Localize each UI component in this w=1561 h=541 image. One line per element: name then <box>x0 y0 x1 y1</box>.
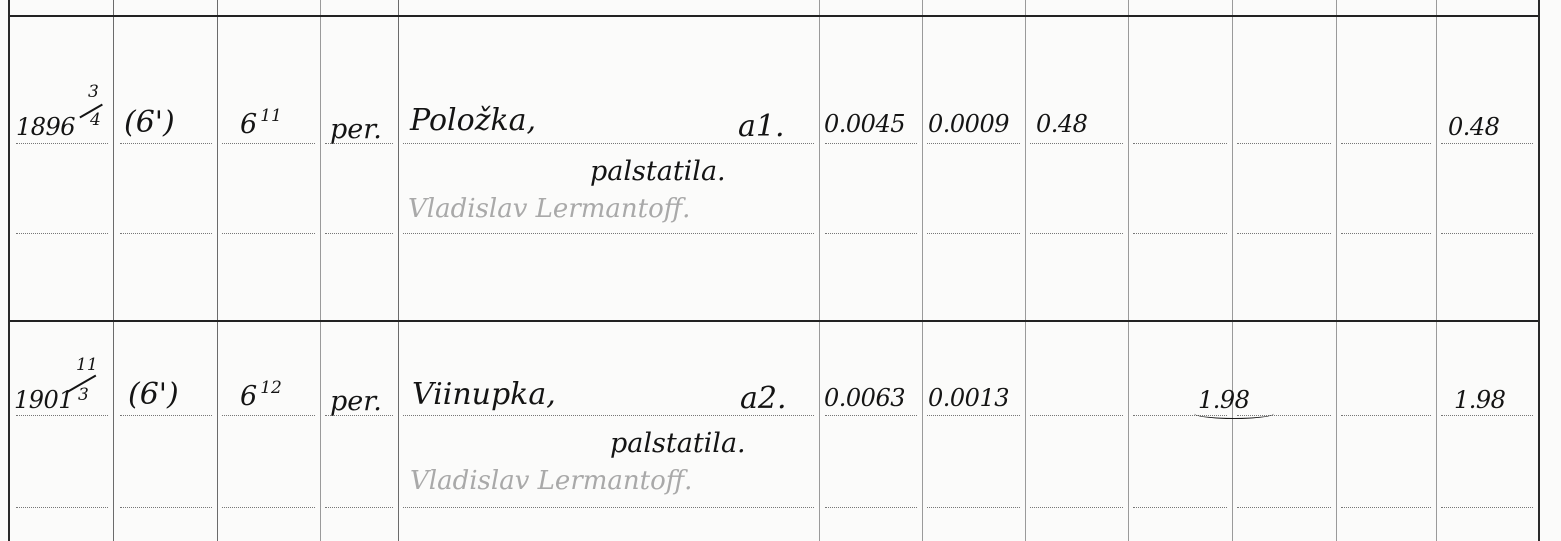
guide-line <box>1341 143 1431 144</box>
column-rule <box>320 0 321 541</box>
entry-col-c: 0.48 <box>1036 112 1087 136</box>
guide-line <box>1441 143 1533 144</box>
entry-ref: (6') <box>124 108 175 138</box>
guide-line <box>325 507 393 508</box>
guide-line <box>825 507 917 508</box>
column-rule <box>922 0 923 541</box>
guide-line <box>1341 415 1431 416</box>
guide-line <box>222 507 315 508</box>
guide-line <box>222 415 315 416</box>
guide-line <box>222 233 315 234</box>
entry-total: 0.48 <box>1448 115 1499 139</box>
guide-line <box>120 507 212 508</box>
guide-line <box>1341 507 1431 508</box>
fraction-denominator: 3 <box>78 387 89 404</box>
entry-col-a: 0.0045 <box>824 112 905 136</box>
underline-flourish <box>1194 408 1274 419</box>
guide-line <box>1237 233 1331 234</box>
guide-line <box>1441 233 1533 234</box>
entry-date-fraction: 11 3 <box>62 357 102 417</box>
column-rule <box>1336 0 1337 541</box>
entry-total: 1.98 <box>1454 388 1505 412</box>
guide-line <box>1133 507 1227 508</box>
guide-line <box>1030 415 1123 416</box>
guide-line <box>403 233 814 234</box>
ref-base: 6 <box>240 381 257 412</box>
guide-line <box>120 143 212 144</box>
column-rule <box>819 0 820 541</box>
ref-superscript: 12 <box>260 378 282 398</box>
fraction-numerator: 11 <box>76 357 98 374</box>
fraction-numerator: 3 <box>88 84 99 101</box>
entry-year: 1896 <box>16 115 75 139</box>
entry-code: a1. <box>738 112 785 142</box>
guide-line <box>1030 233 1123 234</box>
guide-line <box>825 233 917 234</box>
guide-line <box>825 143 917 144</box>
column-rule <box>1025 0 1026 541</box>
guide-line <box>1133 143 1227 144</box>
right-border <box>1538 0 1540 541</box>
guide-line <box>1237 507 1331 508</box>
guide-line <box>1341 233 1431 234</box>
entry-name: Viinupka, <box>412 380 556 410</box>
left-border <box>8 0 10 541</box>
column-rule <box>1436 0 1437 541</box>
column-rule <box>1232 0 1233 541</box>
entry-note: palstatila. <box>610 430 746 457</box>
guide-line <box>1237 143 1331 144</box>
guide-line <box>1441 415 1533 416</box>
entry-signature: Vladislav Lermantoff. <box>408 196 690 222</box>
entry-ref-number: 611 <box>240 108 282 138</box>
guide-line <box>16 233 108 234</box>
column-rule <box>113 0 114 541</box>
guide-line <box>927 415 1020 416</box>
guide-line <box>222 143 315 144</box>
guide-line <box>927 143 1020 144</box>
guide-line <box>1030 143 1123 144</box>
guide-line <box>1441 507 1533 508</box>
guide-line <box>927 233 1020 234</box>
guide-line <box>927 507 1020 508</box>
entry-ref: (6') <box>128 380 179 410</box>
ref-base: 6 <box>240 109 257 140</box>
guide-line <box>325 233 393 234</box>
entry-col-a: 0.0063 <box>824 386 905 410</box>
column-rule <box>1128 0 1129 541</box>
entry-prefix: per. <box>330 116 382 143</box>
guide-line <box>16 507 108 508</box>
entry-prefix: per. <box>330 388 382 415</box>
entry-code: a2. <box>740 384 787 414</box>
guide-line <box>120 233 212 234</box>
entry-col-b: 0.0009 <box>928 112 1009 136</box>
entry-name: Položka, <box>410 106 536 136</box>
entry-date-fraction: 3 4 <box>74 84 108 144</box>
ref-superscript: 11 <box>260 106 282 126</box>
entry-col-b: 0.0013 <box>928 386 1009 410</box>
row-separator <box>10 15 1538 17</box>
fraction-denominator: 4 <box>90 112 101 129</box>
guide-line <box>120 415 212 416</box>
entry-note: palstatila. <box>590 158 726 185</box>
guide-line <box>1133 233 1227 234</box>
guide-line <box>1030 507 1123 508</box>
entry-signature: Vladislav Lermantoff. <box>410 468 692 494</box>
entry-ref-number: 612 <box>240 380 282 410</box>
guide-line <box>403 507 814 508</box>
ledger-page: 1896 3 4 (6') 611 per. Položka, a1. pals… <box>0 0 1561 541</box>
guide-line <box>825 415 917 416</box>
row-separator <box>10 320 1538 322</box>
column-rule <box>217 0 218 541</box>
column-rule <box>398 0 399 541</box>
